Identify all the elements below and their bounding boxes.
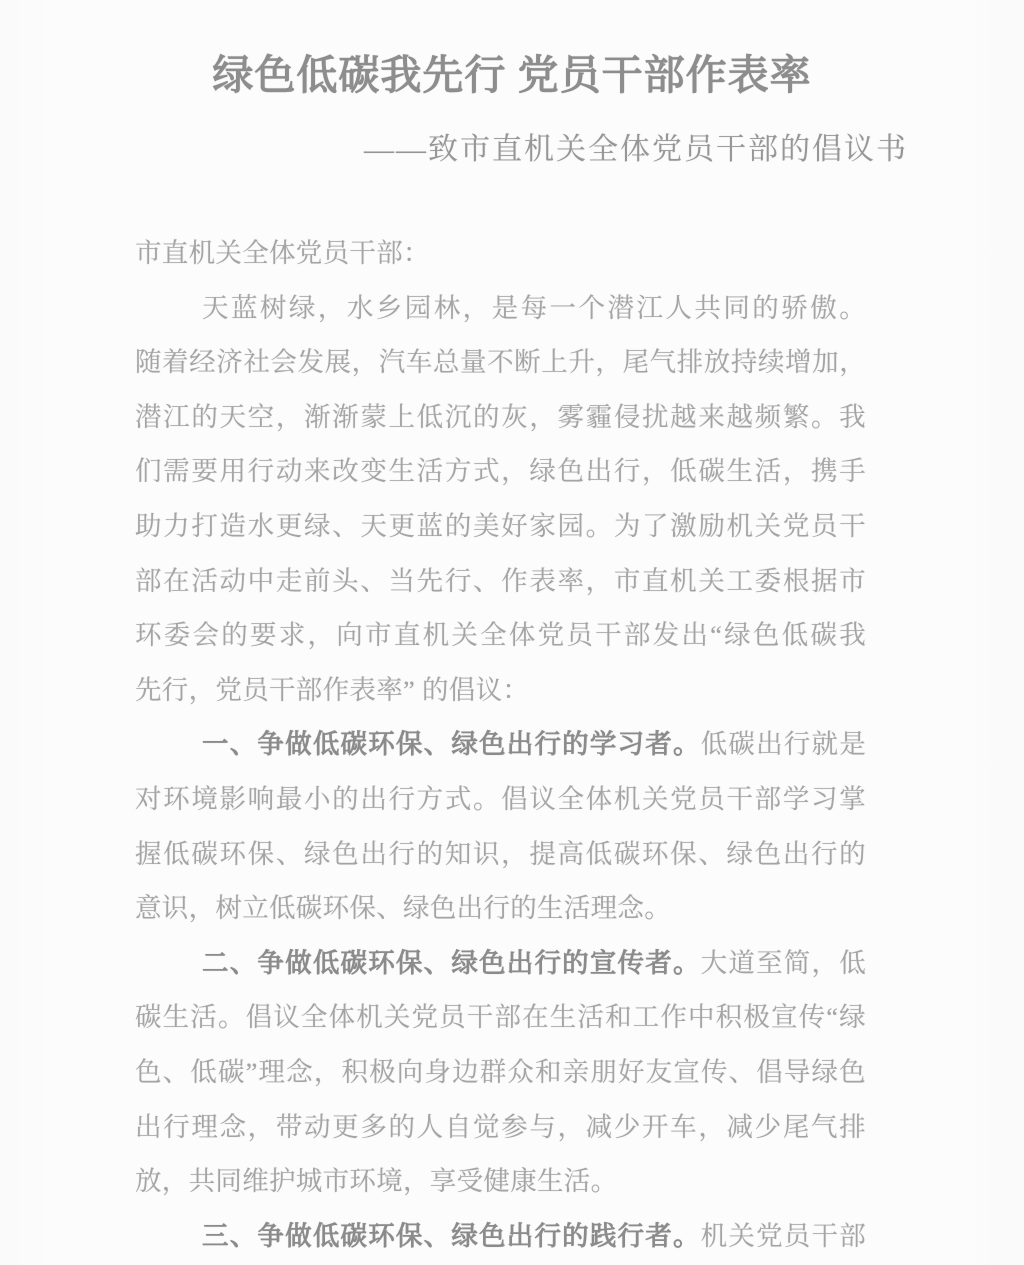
- paragraph-text-segment: 放，共同维护城市环境，享受健康生活。: [135, 1166, 617, 1196]
- paragraphs-container: 天蓝树绿，水乡园林，是每一个潜江人共同的骄傲。随着经济社会发展，汽车总量不断上升…: [135, 281, 866, 1264]
- document-line: 助力打造水更绿、天更蓝的美好家园。为了激励机关党员干: [135, 499, 866, 554]
- paragraph-text-segment: 随着经济社会发展，汽车总量不断上升，尾气排放持续增加，: [135, 347, 866, 377]
- document-line: 出行理念，带动更多的人自觉参与，减少开车，减少尾气排: [135, 1100, 866, 1155]
- paragraph-text-segment: 潜江的天空，渐渐蒙上低沉的灰，雾霾侵扰越来越频繁。我: [135, 402, 866, 432]
- document-line: 三、争做低碳环保、绿色出行的践行者。机关党员干部: [135, 1209, 866, 1264]
- paragraph-text-segment: 机关党员干部: [701, 1221, 866, 1251]
- document-line: 握低碳环保、绿色出行的知识，提高低碳环保、绿色出行的: [135, 827, 866, 882]
- document-line: 先行，党员干部作表率” 的倡议：: [135, 663, 866, 718]
- document-line: 随着经济社会发展，汽车总量不断上升，尾气排放持续增加，: [135, 335, 866, 390]
- document-subtitle: ——致市直机关全体党员干部的倡议书: [0, 132, 1024, 168]
- document-line: 们需要用行动来改变生活方式，绿色出行，低碳生活，携手: [135, 444, 866, 499]
- document-body: 市直机关全体党员干部： 天蓝树绿，水乡园林，是每一个潜江人共同的骄傲。随着经济社…: [135, 226, 866, 1263]
- paragraph-text-segment: 色、低碳”理念，积极向身边群众和亲朋好友宣传、倡导绿色: [135, 1057, 866, 1087]
- document-line: 二、争做低碳环保、绿色出行的宣传者。大道至简，低: [135, 936, 866, 991]
- paragraph-point-1-learner: 一、争做低碳环保、绿色出行的学习者。低碳出行就是对环境影响最小的出行方式。倡议全…: [135, 717, 866, 935]
- document-line: 潜江的天空，渐渐蒙上低沉的灰，雾霾侵扰越来越频繁。我: [135, 390, 866, 445]
- paragraph-text-segment: 先行，党员干部作表率” 的倡议：: [135, 675, 529, 705]
- document-line: 部在活动中走前头、当先行、作表率，市直机关工委根据市: [135, 554, 866, 609]
- document-line: 意识，树立低碳环保、绿色出行的生活理念。: [135, 881, 866, 936]
- paragraph-text-segment: 大道至简，低: [701, 948, 866, 978]
- paragraph-text-segment: 握低碳环保、绿色出行的知识，提高低碳环保、绿色出行的: [135, 839, 866, 869]
- scanned-document-page: 绿色低碳我先行 党员干部作表率 ——致市直机关全体党员干部的倡议书 市直机关全体…: [0, 0, 1024, 1265]
- document-line: 天蓝树绿，水乡园林，是每一个潜江人共同的骄傲。: [135, 281, 866, 336]
- paragraph-text-segment: 碳生活。倡议全体机关党员干部在生活和工作中积极宣传“绿: [135, 1002, 866, 1032]
- document-line: 环委会的要求，向市直机关全体党员干部发出“绿色低碳我: [135, 608, 866, 663]
- document-line: 碳生活。倡议全体机关党员干部在生活和工作中积极宣传“绿: [135, 990, 866, 1045]
- paragraph-text-segment: 助力打造水更绿、天更蓝的美好家园。为了激励机关党员干: [135, 511, 866, 541]
- paragraph-text-segment: 天蓝树绿，水乡园林，是每一个潜江人共同的骄傲。: [202, 293, 866, 323]
- paragraph-text-segment: 意识，树立低碳环保、绿色出行的生活理念。: [135, 893, 671, 923]
- paragraph-point-3-practitioner: 三、争做低碳环保、绿色出行的践行者。机关党员干部: [135, 1209, 866, 1264]
- document-line: 对环境影响最小的出行方式。倡议全体机关党员干部学习掌: [135, 772, 866, 827]
- document-line: 放，共同维护城市环境，享受健康生活。: [135, 1154, 866, 1209]
- numbered-heading-bold-segment: 二、争做低碳环保、绿色出行的宣传者。: [202, 948, 701, 978]
- paragraph-text-segment: 们需要用行动来改变生活方式，绿色出行，低碳生活，携手: [135, 456, 866, 486]
- numbered-heading-bold-segment: 三、争做低碳环保、绿色出行的践行者。: [202, 1221, 701, 1251]
- paragraph-point-2-advocate: 二、争做低碳环保、绿色出行的宣传者。大道至简，低碳生活。倡议全体机关党员干部在生…: [135, 936, 866, 1209]
- paragraph-text-segment: 对环境影响最小的出行方式。倡议全体机关党员干部学习掌: [135, 784, 866, 814]
- document-line: 色、低碳”理念，积极向身边群众和亲朋好友宣传、倡导绿色: [135, 1045, 866, 1100]
- paragraph-text-segment: 出行理念，带动更多的人自觉参与，减少开车，减少尾气排: [135, 1112, 866, 1142]
- paragraph-text-segment: 部在活动中走前头、当先行、作表率，市直机关工委根据市: [135, 566, 866, 596]
- paragraph-text-segment: 低碳出行就是: [701, 729, 866, 759]
- paragraph-intro: 天蓝树绿，水乡园林，是每一个潜江人共同的骄傲。随着经济社会发展，汽车总量不断上升…: [135, 281, 866, 718]
- document-title: 绿色低碳我先行 党员干部作表率: [0, 0, 1024, 97]
- salutation-line: 市直机关全体党员干部：: [135, 226, 866, 281]
- paragraph-text-segment: 环委会的要求，向市直机关全体党员干部发出“绿色低碳我: [135, 620, 866, 650]
- numbered-heading-bold-segment: 一、争做低碳环保、绿色出行的学习者。: [202, 729, 701, 759]
- document-line: 一、争做低碳环保、绿色出行的学习者。低碳出行就是: [135, 717, 866, 772]
